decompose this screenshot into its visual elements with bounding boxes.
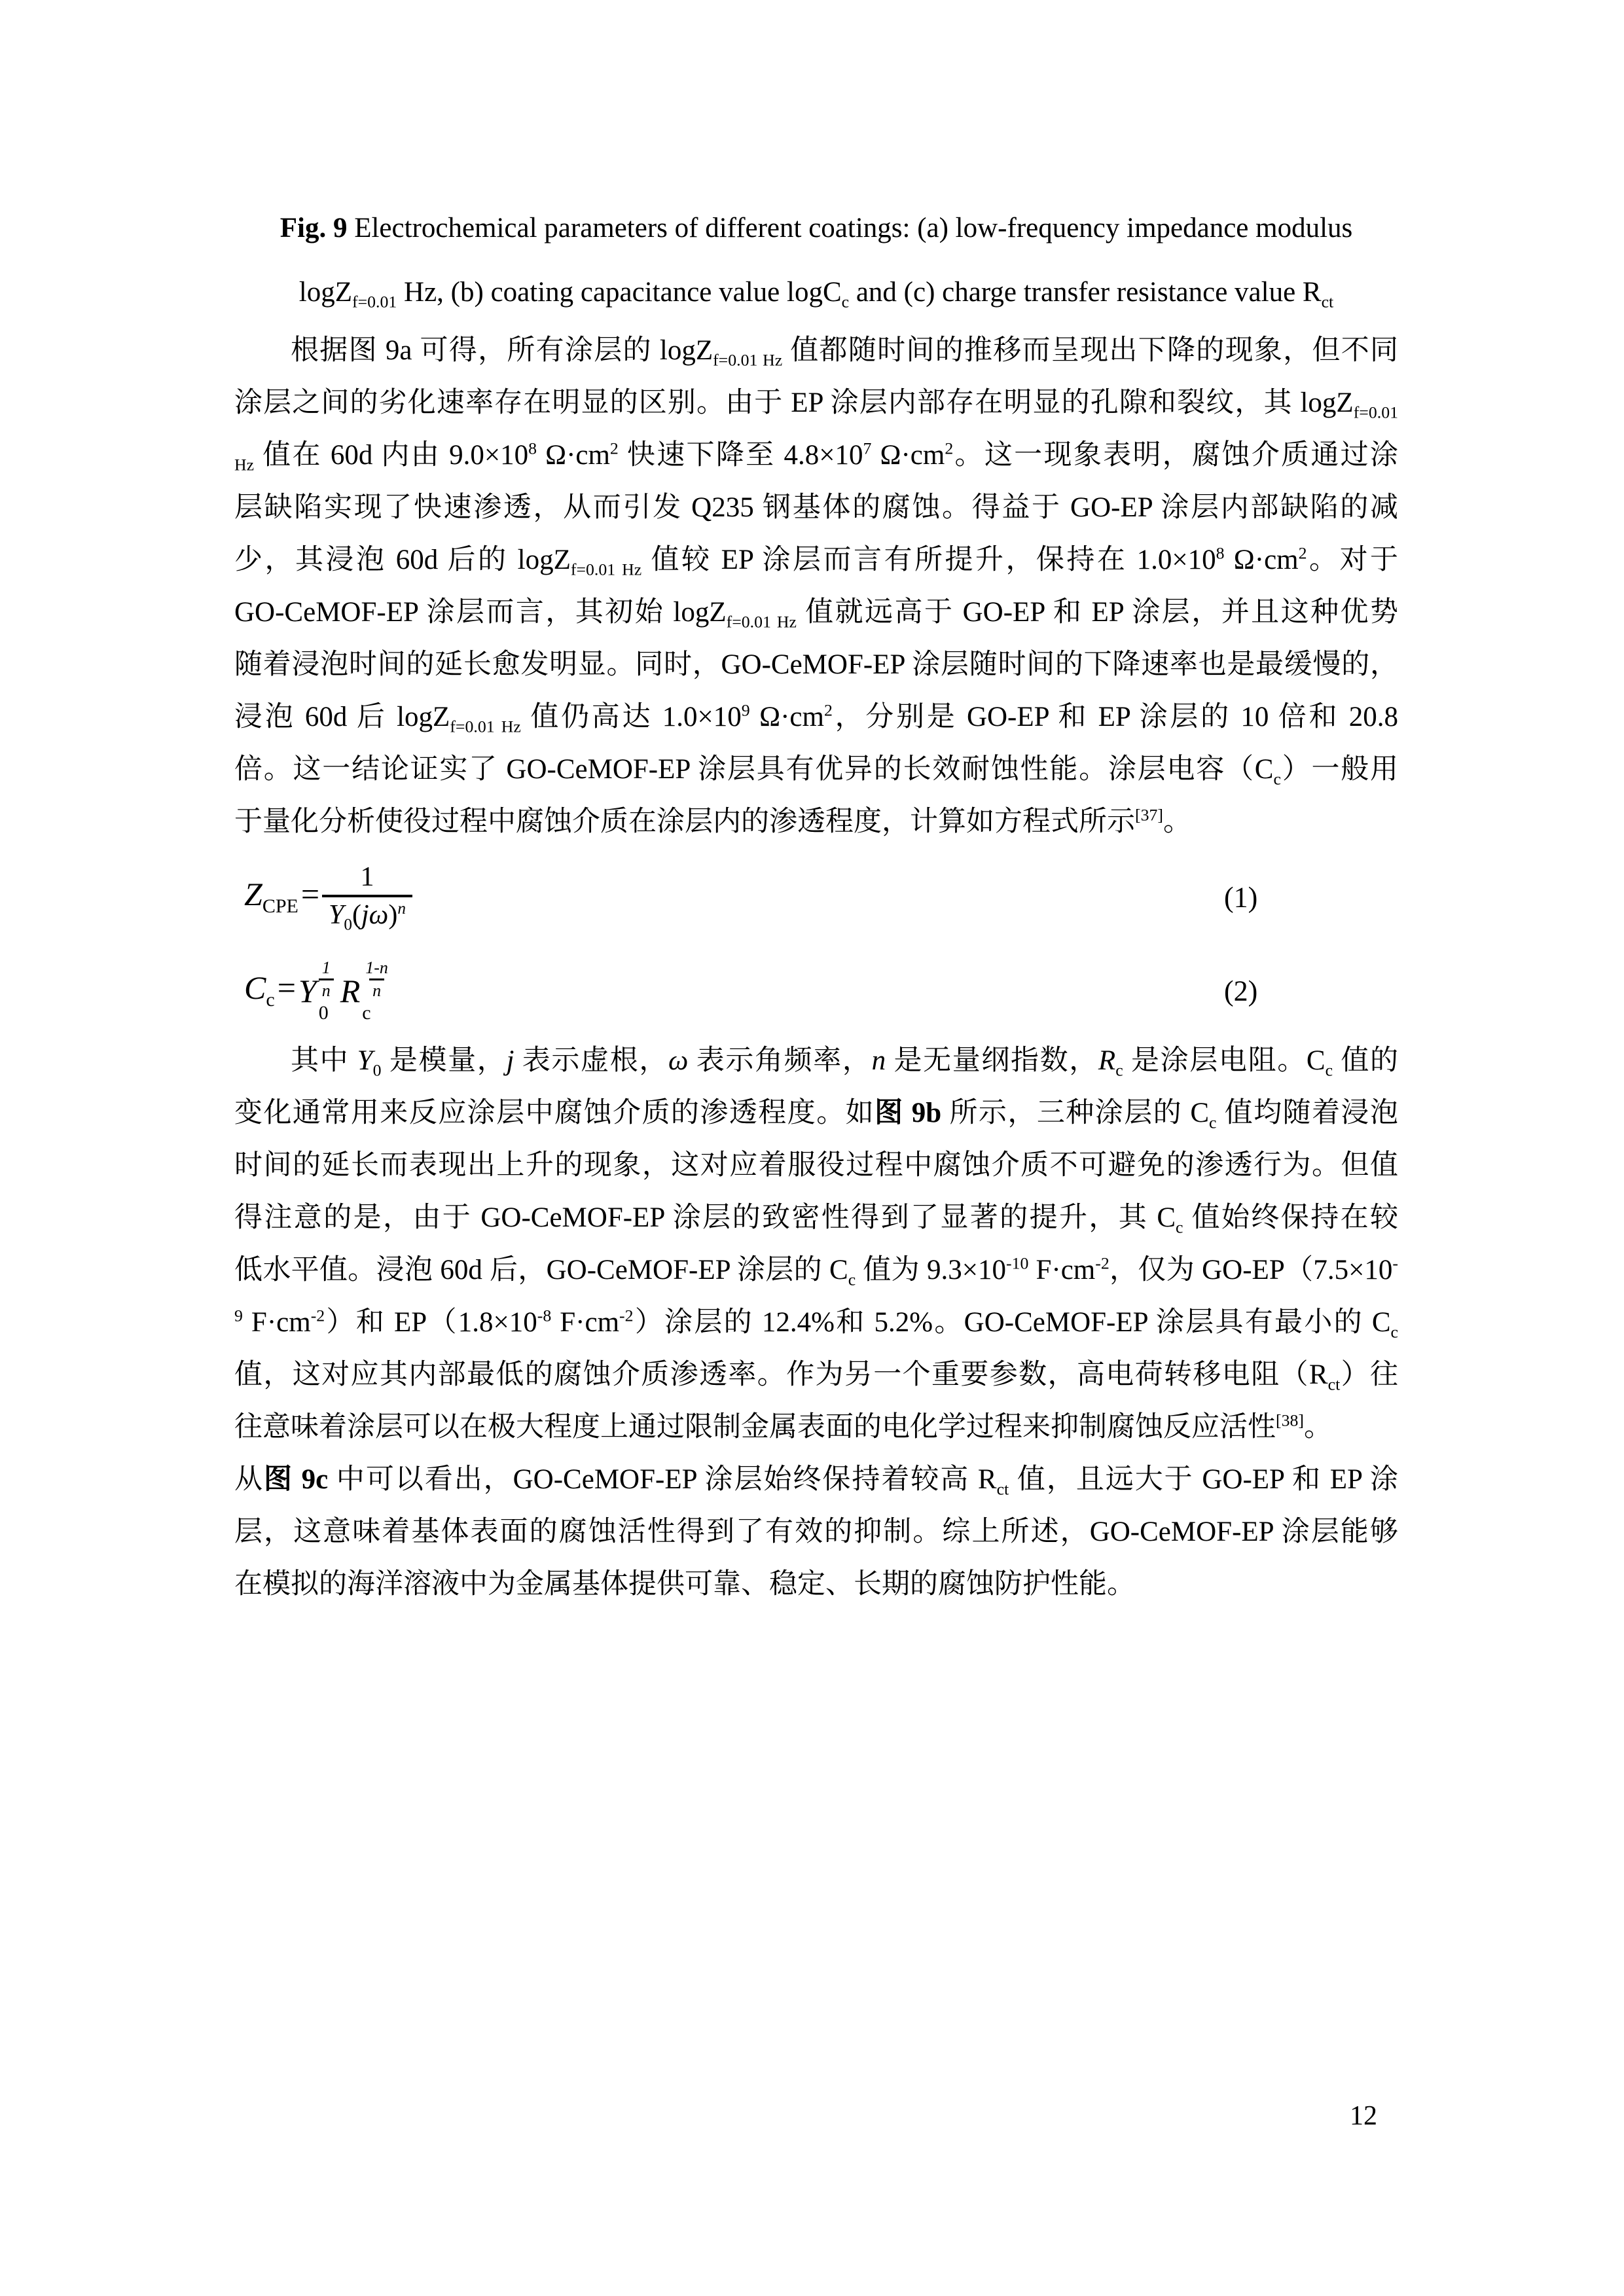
- text-line: 层，这意味着基体表面的腐蚀活性得到了有效的抑制。综上所述，GO-CeMOF-EP…: [234, 1506, 1398, 1558]
- exponent-denominator: n: [369, 978, 384, 1001]
- text-run: ）和 EP（1.8×10: [325, 1307, 537, 1338]
- text-run: -2: [1095, 1254, 1110, 1273]
- equation-2-term-y: Y 1 n 0: [298, 958, 334, 1023]
- text-run: ct: [1328, 1375, 1341, 1394]
- text-run: 少，其浸泡 60d 后的 logZ: [234, 545, 571, 575]
- text-run: 快速下降至 4.8×10: [619, 440, 863, 471]
- page-number: 12: [1350, 2102, 1377, 2130]
- text-run: 变化通常用来反应涂层中腐蚀介质的渗透程度。如: [234, 1098, 875, 1128]
- text-run: f=0.01 Hz: [571, 560, 641, 579]
- text-run: 2: [610, 439, 619, 458]
- text-run: f=0.01 Hz: [727, 613, 797, 632]
- text-run: [38]: [1276, 1411, 1304, 1430]
- text-line: 从图 9c 中可以看出，GO-CeMOF-EP 涂层始终保持着较高 Rct 值，…: [234, 1454, 1398, 1506]
- text-run: F·cm: [551, 1307, 619, 1338]
- fraction-denominator: Y0(jω)n: [322, 895, 412, 933]
- text-run: 0: [344, 916, 352, 934]
- variable-r: R: [340, 972, 361, 1010]
- text-run: 随着浸泡时间的延长愈发明显。同时，GO-CeMOF-EP 涂层随时间的下降速率也…: [234, 649, 1398, 680]
- text-run: 得注意的是，由于 GO-CeMOF-EP 涂层的致密性得到了显著的提升，其 C: [234, 1202, 1176, 1233]
- equals-sign: =: [298, 876, 322, 912]
- text-run: (: [352, 900, 361, 930]
- text-run: Ω·cm: [871, 440, 945, 471]
- text-run: 图 9b: [875, 1098, 941, 1128]
- text-run: Ω·cm: [1225, 545, 1299, 575]
- text-line: 得注意的是，由于 GO-CeMOF-EP 涂层的致密性得到了显著的提升，其 Cc…: [234, 1192, 1398, 1244]
- text-run: 所示，三种涂层的 C: [941, 1098, 1209, 1128]
- text-run: j: [506, 1045, 514, 1076]
- equation-2-formula: Cc= Y 1 n 0 R 1-n: [244, 958, 398, 1023]
- text-run: [37]: [1135, 806, 1163, 825]
- text-line: 低水平值。浸泡 60d 后，GO-CeMOF-EP 涂层的 Cc 值为 9.3×…: [234, 1244, 1398, 1297]
- text-line: Hz 值在 60d 内由 9.0×108 Ω·cm2 快速下降至 4.8×107…: [234, 429, 1398, 482]
- text-line: 变化通常用来反应涂层中腐蚀介质的渗透程度。如图 9b 所示，三种涂层的 Cc 值…: [234, 1087, 1398, 1139]
- text-run: 。这一现象表明，腐蚀介质通过涂: [953, 440, 1398, 471]
- text-run: n: [397, 900, 406, 918]
- fraction-numerator: 1: [353, 861, 380, 895]
- text-run: Ω·cm: [750, 702, 824, 732]
- text-run: ω: [668, 1045, 688, 1076]
- text-run: and (c) charge transfer resistance value…: [849, 277, 1322, 308]
- text-run: 值都随时间的推移而呈现出下降的现象，但不同: [782, 335, 1398, 366]
- exponent-fraction: 1 n: [319, 958, 334, 1001]
- variable-z: Z: [244, 876, 262, 912]
- variable-z-subscript: CPE: [262, 895, 298, 917]
- text-run: ): [388, 900, 397, 930]
- text-run: 层，这意味着基体表面的腐蚀活性得到了有效的抑制。综上所述，GO-CeMOF-EP…: [234, 1516, 1398, 1547]
- variable-c: C: [244, 969, 266, 1006]
- text-run: Fig. 9: [280, 213, 348, 243]
- equation-1: ZCPE= 1 Y0(jω)n (1): [234, 848, 1398, 946]
- exponent-denominator: n: [319, 978, 334, 1001]
- text-run: 值，这对应其内部最低的腐蚀介质渗透率。作为另一个重要参数，高电荷转移电阻（R: [234, 1359, 1328, 1390]
- text-run: c: [1209, 1113, 1216, 1132]
- text-run: 涂层之间的劣化速率存在明显的区别。由于 EP 涂层内部存在明显的孔隙和裂纹，其 …: [234, 387, 1354, 418]
- text-line: GO-CeMOF-EP 涂层而言，其初始 logZf=0.01 Hz 值就远高于…: [234, 586, 1398, 639]
- text-run: 2: [824, 701, 833, 720]
- variable-c-subscript: c: [266, 989, 274, 1011]
- text-run: 9: [234, 1306, 243, 1325]
- text-run: ct: [997, 1480, 1009, 1499]
- text-run: f=0.01 Hz: [713, 351, 782, 370]
- term-subscript: 0: [319, 1003, 329, 1023]
- fraction: 1 Y0(jω)n: [322, 861, 412, 933]
- text-run: ）一般用: [1281, 754, 1398, 785]
- text-run: c: [842, 293, 849, 312]
- text-line: 于量化分析使役过程中腐蚀介质在涂层内的渗透程度，计算如方程式所示[37]。: [234, 796, 1398, 848]
- text-run: 其中: [291, 1045, 357, 1076]
- text-run: c: [1326, 1061, 1333, 1080]
- text-run: 根据图 9a 可得，所有涂层的 logZ: [291, 335, 713, 366]
- text-run: -8: [537, 1306, 552, 1325]
- term-subscript: c: [362, 1003, 370, 1023]
- text-run: 于量化分析使役过程中腐蚀介质在涂层内的渗透程度，计算如方程式所示: [234, 806, 1135, 837]
- text-run: 在模拟的海洋溶液中为金属基体提供可靠、稳定、长期的腐蚀防护性能。: [234, 1569, 1135, 1600]
- text-run: 低水平值。浸泡 60d 后，GO-CeMOF-EP 涂层的 C: [234, 1255, 848, 1285]
- text-run: 8: [528, 439, 537, 458]
- text-run: c: [1391, 1323, 1398, 1342]
- text-run: Hz: [234, 456, 254, 475]
- text-run: 是涂层电阻。C: [1123, 1045, 1326, 1076]
- text-run: 值较 EP 涂层而言有所提升，保持在 1.0×10: [641, 545, 1216, 575]
- variable-y: Y: [298, 972, 317, 1010]
- text-run: F·cm: [1028, 1255, 1095, 1285]
- page-content: Fig. 9 Electrochemical parameters of dif…: [234, 196, 1398, 1611]
- equation-number: (1): [1224, 881, 1257, 914]
- exponent-numerator: 1-n: [362, 958, 391, 978]
- text-run: 。对于: [1307, 545, 1398, 575]
- text-line: 时间的延长而表现出上升的现象，这对应着服役过程中腐蚀介质不可避免的渗透行为。但值: [234, 1139, 1398, 1192]
- text-run: 8: [1216, 544, 1225, 563]
- text-run: c: [1273, 770, 1280, 789]
- document-page: Fig. 9 Electrochemical parameters of dif…: [0, 0, 1624, 2296]
- text-run: -2: [311, 1306, 325, 1325]
- text-run: 。: [1304, 1412, 1332, 1443]
- text-line: 值，这对应其内部最低的腐蚀介质渗透率。作为另一个重要参数，高电荷转移电阻（Rct…: [234, 1349, 1398, 1401]
- exponent-numerator: 1: [319, 958, 334, 978]
- text-run: 表示角频率，: [688, 1045, 871, 1076]
- text-run: f=0.01: [352, 293, 397, 312]
- text-run: -: [1392, 1254, 1398, 1273]
- text-run: 值的: [1333, 1045, 1398, 1076]
- text-run: 0: [373, 1061, 382, 1080]
- text-line: 往意味着涂层可以在极大程度上通过限制金属表面的电化学过程来抑制腐蚀反应活性[38…: [234, 1401, 1398, 1454]
- equals-sign: =: [275, 969, 298, 1006]
- text-run: n: [872, 1045, 886, 1076]
- text-line: 浸泡 60d 后 logZf=0.01 Hz 值仍高达 1.0×109 Ω·cm…: [234, 691, 1398, 744]
- text-line: 倍。这一结论证实了 GO-CeMOF-EP 涂层具有优异的长效耐蚀性能。涂层电容…: [234, 744, 1398, 796]
- text-run: Y: [329, 900, 344, 930]
- text-run: j: [361, 900, 369, 930]
- equation-2-lhs: Cc=: [244, 971, 298, 1010]
- text-run: Hz, (b) coating capacitance value logC: [397, 277, 841, 308]
- text-run: 值就远高于 GO-EP 和 EP 涂层，并且这种优势: [797, 597, 1398, 628]
- text-run: 值均随着浸泡: [1216, 1098, 1398, 1128]
- text-line: logZf=0.01 Hz, (b) coating capacitance v…: [234, 260, 1398, 325]
- text-run: 从: [234, 1464, 264, 1495]
- text-run: -2: [619, 1306, 634, 1325]
- text-line: 其中 Y0 是模量，j 表示虚根，ω 表示角频率，n 是无量纲指数，Rc 是涂层…: [234, 1035, 1398, 1087]
- text-run: Electrochemical parameters of different …: [347, 213, 1352, 243]
- text-run: ）往: [1340, 1359, 1398, 1390]
- text-run: R: [1098, 1045, 1115, 1076]
- text-run: 2: [1299, 544, 1307, 563]
- paragraph-2: 其中 Y0 是模量，j 表示虚根，ω 表示角频率，n 是无量纲指数，Rc 是涂层…: [234, 1035, 1398, 1611]
- text-run: 时间的延长而表现出上升的现象，这对应着服役过程中腐蚀介质不可避免的渗透行为。但值: [234, 1150, 1398, 1181]
- text-run: 表示虚根，: [514, 1045, 668, 1076]
- equation-2: Cc= Y 1 n 0 R 1-n: [234, 946, 1398, 1035]
- text-line: 涂层之间的劣化速率存在明显的区别。由于 EP 涂层内部存在明显的孔隙和裂纹，其 …: [234, 377, 1398, 429]
- paragraph-1: 根据图 9a 可得，所有涂层的 logZf=0.01 Hz 值都随时间的推移而呈…: [234, 325, 1398, 848]
- text-run: ）涂层的 12.4%和 5.2%。GO-CeMOF-EP 涂层具有最小的 C: [634, 1307, 1391, 1338]
- text-run: -10: [1006, 1254, 1028, 1273]
- text-run: ，分别是 GO-EP 和 EP 涂层的 10 倍和 20.8: [833, 702, 1398, 732]
- text-run: 往意味着涂层可以在极大程度上通过限制金属表面的电化学过程来抑制腐蚀反应活性: [234, 1412, 1276, 1443]
- figure-caption: Fig. 9 Electrochemical parameters of dif…: [234, 196, 1398, 325]
- equation-1-formula: ZCPE= 1 Y0(jω)n: [244, 861, 412, 933]
- text-run: 倍。这一结论证实了 GO-CeMOF-EP 涂层具有优异的长效耐蚀性能。涂层电容…: [234, 754, 1273, 785]
- text-run: 。: [1163, 806, 1191, 837]
- text-run: c: [1115, 1061, 1123, 1080]
- text-run: ω: [369, 900, 389, 930]
- text-run: 值，且远大于 GO-EP 和 EP 涂: [1009, 1464, 1398, 1495]
- equation-2-term-r: R 1-n n c: [340, 958, 391, 1023]
- text-run: 值在 60d 内由 9.0×10: [254, 440, 528, 471]
- text-run: Ω·cm: [537, 440, 610, 471]
- exponent-fraction: 1-n n: [362, 958, 391, 1001]
- text-run: 7: [863, 439, 872, 458]
- text-run: 2: [945, 439, 953, 458]
- text-line: 根据图 9a 可得，所有涂层的 logZf=0.01 Hz 值都随时间的推移而呈…: [234, 325, 1398, 377]
- text-run: f=0.01: [1354, 403, 1398, 422]
- equation-number: (2): [1224, 974, 1257, 1007]
- text-run: c: [1176, 1218, 1183, 1237]
- text-run: logZ: [299, 277, 352, 308]
- text-run: ct: [1322, 293, 1334, 312]
- equation-1-lhs: ZCPE=: [244, 878, 322, 916]
- text-run: 中可以看出，GO-CeMOF-EP 涂层始终保持着较高 R: [328, 1464, 996, 1495]
- text-run: 值仍高达 1.0×10: [521, 702, 742, 732]
- text-run: ，仅为 GO-EP（7.5×10: [1110, 1255, 1393, 1285]
- text-line: Fig. 9 Electrochemical parameters of dif…: [234, 196, 1398, 260]
- text-run: F·cm: [243, 1307, 311, 1338]
- text-run: 值为 9.3×10: [856, 1255, 1006, 1285]
- text-run: 是无量纲指数，: [886, 1045, 1098, 1076]
- text-run: 是模量，: [382, 1045, 507, 1076]
- text-run: Y: [357, 1045, 373, 1076]
- text-run: GO-CeMOF-EP 涂层而言，其初始 logZ: [234, 597, 727, 628]
- text-line: 在模拟的海洋溶液中为金属基体提供可靠、稳定、长期的腐蚀防护性能。: [234, 1558, 1398, 1611]
- text-run: 图 9c: [264, 1464, 328, 1495]
- text-line: 少，其浸泡 60d 后的 logZf=0.01 Hz 值较 EP 涂层而言有所提…: [234, 534, 1398, 586]
- text-line: 9 F·cm-2）和 EP（1.8×10-8 F·cm-2）涂层的 12.4%和…: [234, 1297, 1398, 1349]
- text-run: c: [848, 1270, 856, 1289]
- term-scripts: 1 n 0: [319, 958, 334, 1023]
- text-run: 层缺陷实现了快速渗透，从而引发 Q235 钢基体的腐蚀。得益于 GO-EP 涂层…: [234, 492, 1398, 523]
- text-run: 浸泡 60d 后 logZ: [234, 702, 450, 732]
- term-scripts: 1-n n c: [362, 958, 391, 1023]
- text-run: 值始终保持在较: [1183, 1202, 1398, 1233]
- text-line: 层缺陷实现了快速渗透，从而引发 Q235 钢基体的腐蚀。得益于 GO-EP 涂层…: [234, 482, 1398, 534]
- text-run: f=0.01 Hz: [450, 717, 521, 736]
- text-run: 9: [742, 701, 750, 720]
- text-line: 随着浸泡时间的延长愈发明显。同时，GO-CeMOF-EP 涂层随时间的下降速率也…: [234, 639, 1398, 691]
